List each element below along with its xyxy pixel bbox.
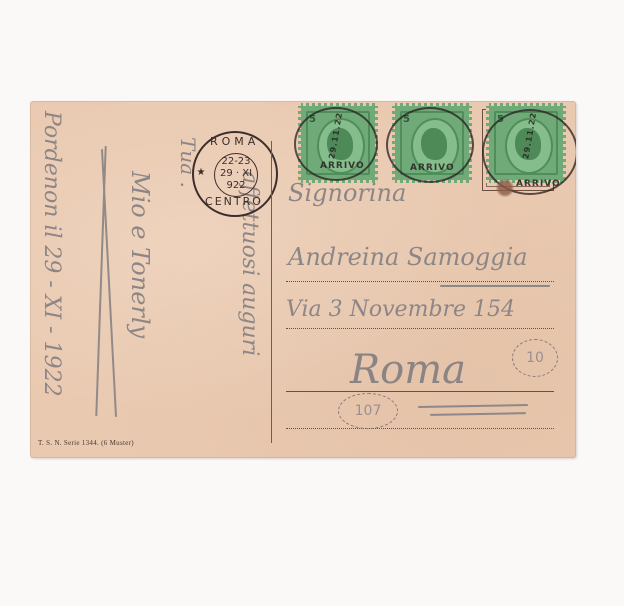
- postmark-city: ROMA: [210, 135, 256, 148]
- postmark-hours: 22-23: [216, 156, 256, 167]
- cancel-text: ARRIVO: [516, 179, 561, 189]
- address-city: Roma: [350, 347, 466, 393]
- address-line-3: [286, 391, 554, 392]
- city-underline: [430, 412, 526, 416]
- name-underline: [440, 285, 550, 287]
- postmark-date: 29 · XI: [212, 168, 260, 179]
- address-line-2: [286, 328, 554, 329]
- address-name: Andreina Samoggia: [288, 243, 528, 271]
- address-line-4: [286, 428, 554, 429]
- postmark-star-icon: ★: [194, 167, 208, 178]
- circled-number-mark: 107: [338, 393, 398, 429]
- red-ink-mark: [492, 179, 518, 197]
- message-date-line: Pordenon il 29 - XI - 1922: [39, 111, 64, 397]
- postcard: Pordenon il 29 - XI - 1922 Mio e Tonerly…: [30, 101, 576, 458]
- message-signature: Mio e Tonerly: [126, 171, 154, 338]
- postmark-office: CENTRO: [202, 195, 266, 208]
- eiffel-sketch-line: [101, 149, 117, 417]
- address-line-1: [286, 281, 554, 282]
- postmark-year: 922: [216, 180, 256, 191]
- eiffel-sketch-line: [95, 146, 106, 416]
- address-salutation: Signorina: [288, 179, 406, 207]
- cancel-text: ARRIVO: [320, 161, 365, 171]
- city-underline: [418, 404, 528, 408]
- publisher-line: T. S. N. Serie 1344. (6 Muster): [38, 439, 134, 447]
- cancel-text: ARRIVO: [410, 163, 455, 173]
- circled-number-mark: 10: [512, 339, 558, 377]
- card-divider: [271, 141, 272, 443]
- address-street: Via 3 Novembre 154: [286, 297, 515, 322]
